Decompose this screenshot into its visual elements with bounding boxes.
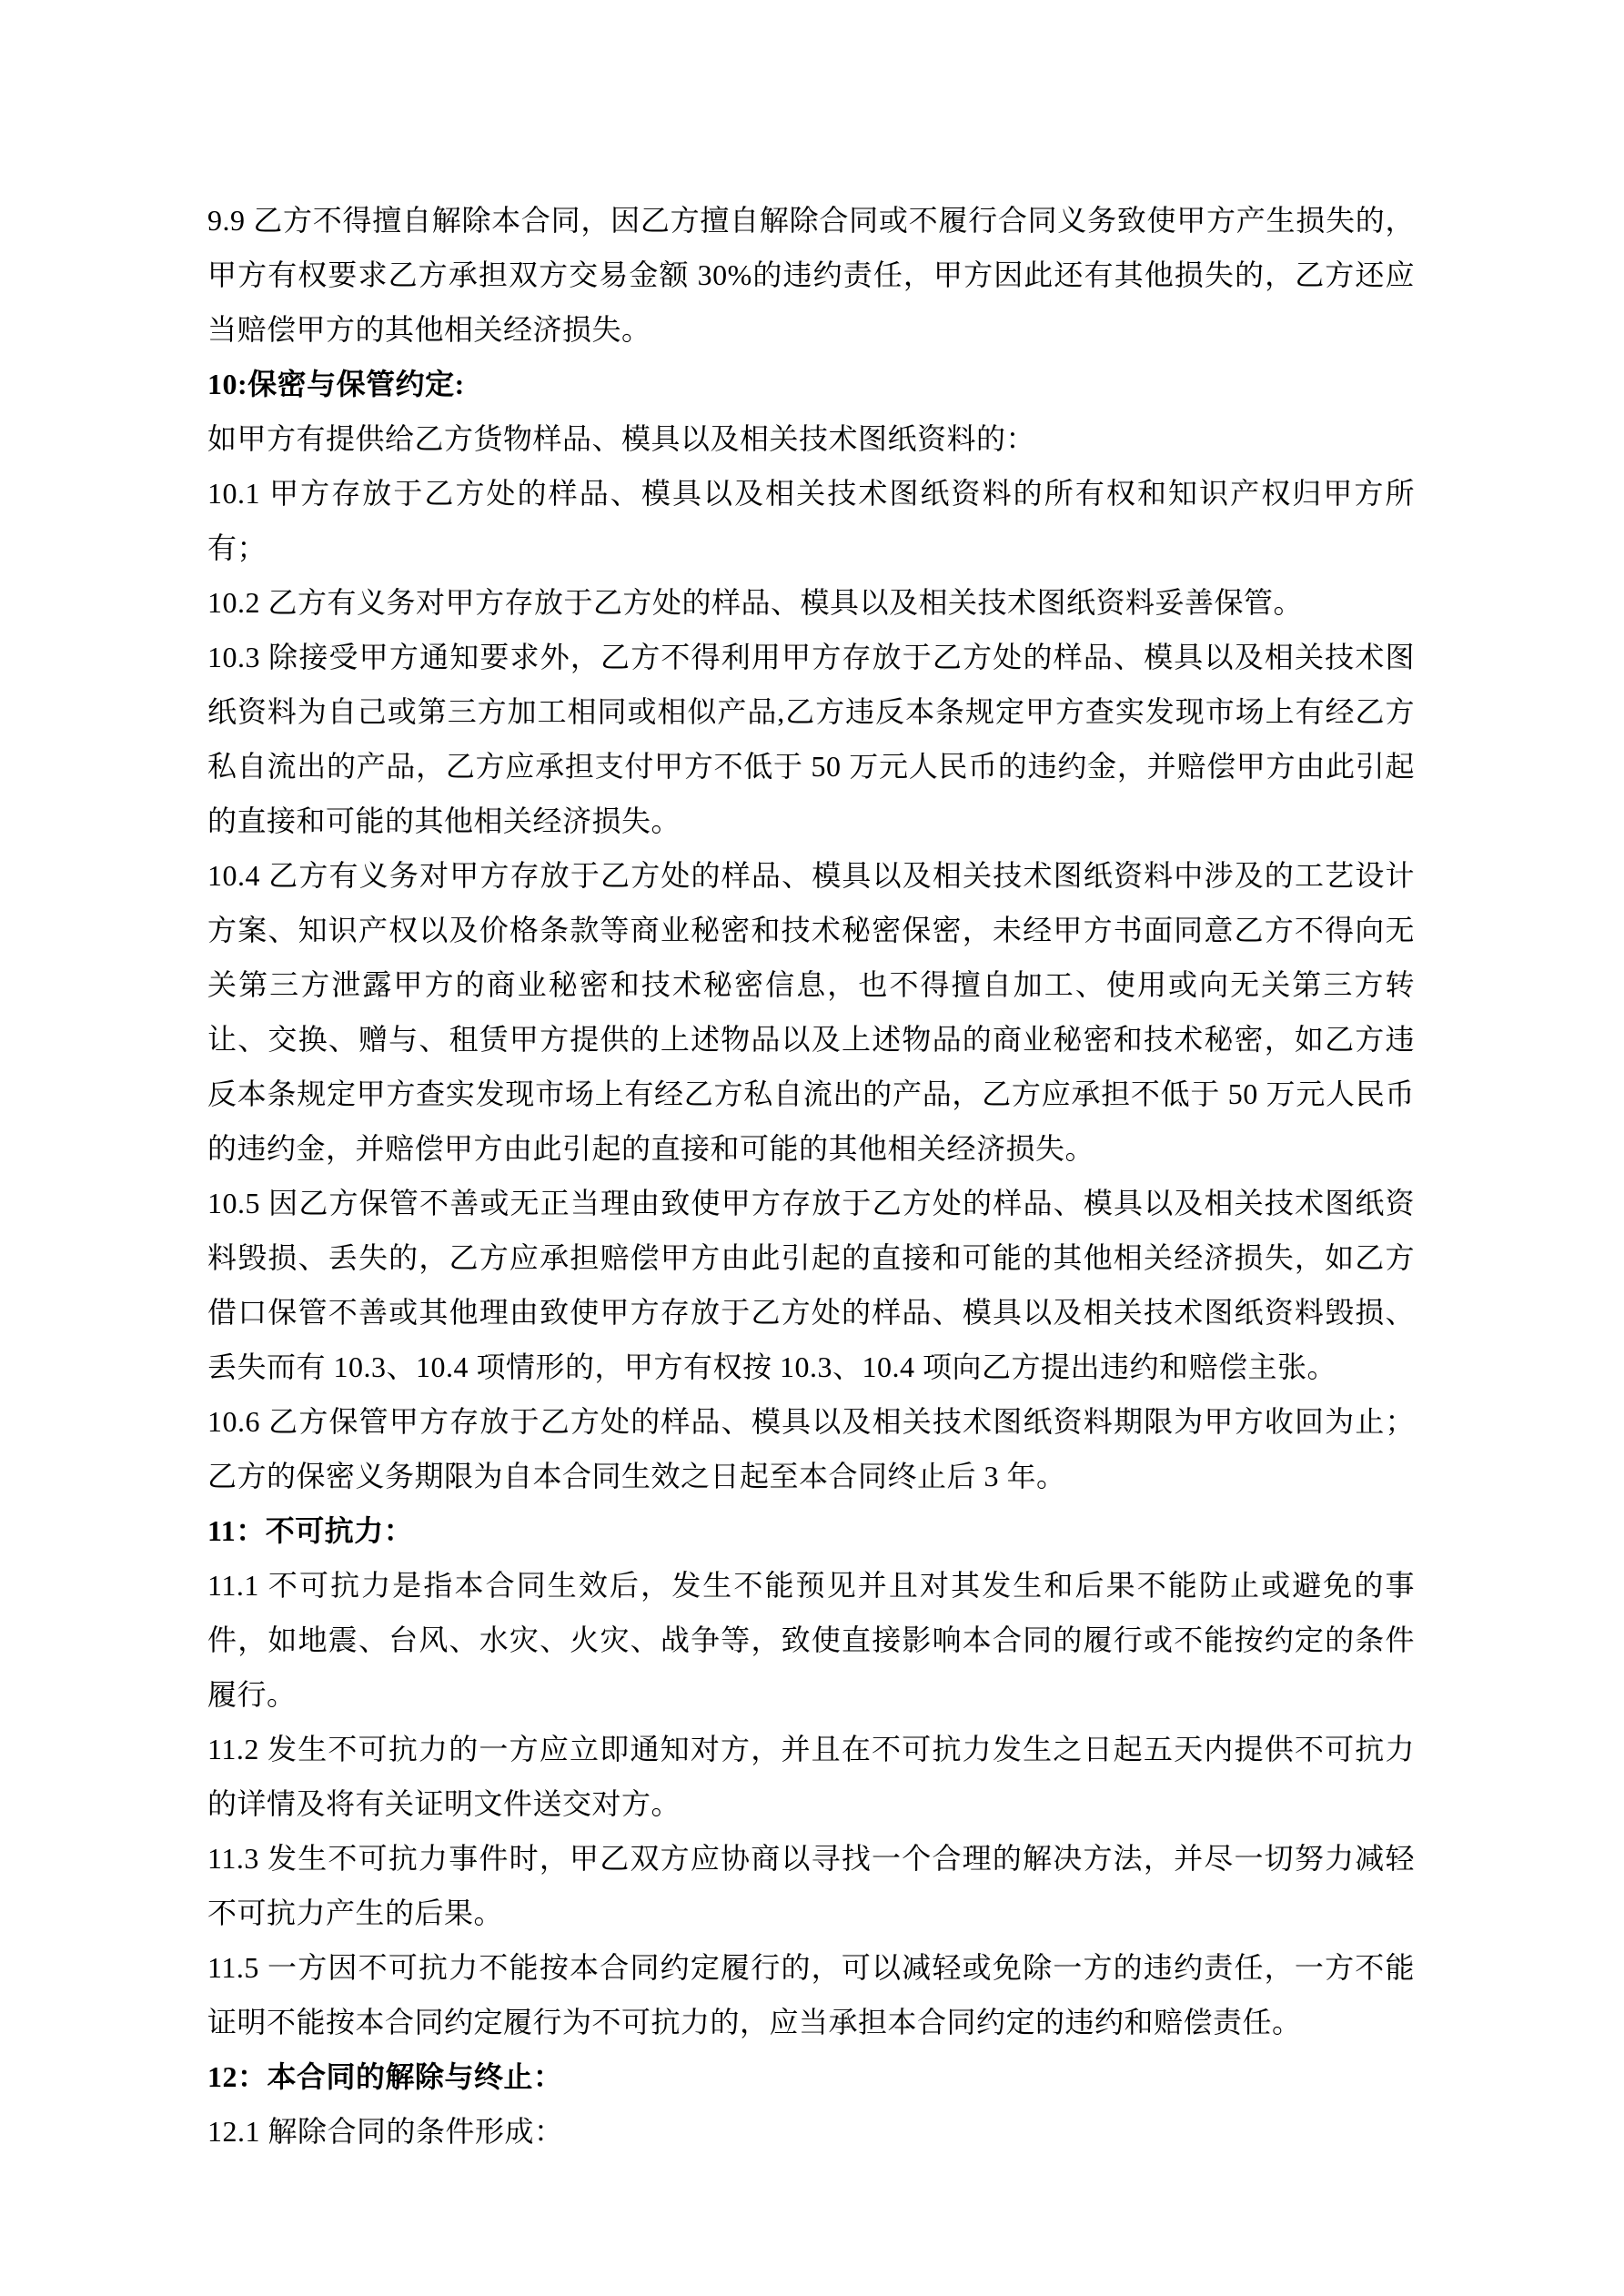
clause-10-intro: 如甲方有提供给乙方货物样品、模具以及相关技术图纸资料的：: [207, 411, 1415, 466]
heading-10-confidentiality: 10:保密与保管约定:: [207, 357, 1415, 411]
clause-10-5: 10.5 因乙方保管不善或无正当理由致使甲方存放于乙方处的样品、模具以及相关技术…: [207, 1176, 1415, 1394]
clause-11-5: 11.5 一方因不可抗力不能按本合同约定履行的，可以减轻或免除一方的违约责任，一…: [207, 1940, 1415, 2049]
contract-text-body: 9.9 乙方不得擅自解除本合同，因乙方擅自解除合同或不履行合同义务致使甲方产生损…: [207, 193, 1415, 2159]
clause-10-3: 10.3 除接受甲方通知要求外，乙方不得利用甲方存放于乙方处的样品、模具以及相关…: [207, 630, 1415, 848]
clause-11-3: 11.3 发生不可抗力事件时，甲乙双方应协商以寻找一个合理的解决方法，并尽一切努…: [207, 1831, 1415, 1940]
heading-12-termination: 12：本合同的解除与终止：: [207, 2049, 1415, 2104]
document-page: 9.9 乙方不得擅自解除本合同，因乙方擅自解除合同或不履行合同义务致使甲方产生损…: [0, 0, 1624, 2296]
heading-11-force-majeure: 11：不可抗力：: [207, 1503, 1415, 1558]
clause-10-4: 10.4 乙方有义务对甲方存放于乙方处的样品、模具以及相关技术图纸资料中涉及的工…: [207, 848, 1415, 1176]
clause-9-9: 9.9 乙方不得擅自解除本合同，因乙方擅自解除合同或不履行合同义务致使甲方产生损…: [207, 193, 1415, 357]
clause-10-2: 10.2 乙方有义务对甲方存放于乙方处的样品、模具以及相关技术图纸资料妥善保管。: [207, 575, 1415, 630]
clause-11-1: 11.1 不可抗力是指本合同生效后，发生不能预见并且对其发生和后果不能防止或避免…: [207, 1558, 1415, 1722]
clause-10-6: 10.6 乙方保管甲方存放于乙方处的样品、模具以及相关技术图纸资料期限为甲方收回…: [207, 1394, 1415, 1503]
clause-10-1: 10.1 甲方存放于乙方处的样品、模具以及相关技术图纸资料的所有权和知识产权归甲…: [207, 466, 1415, 575]
clause-12-1: 12.1 解除合同的条件形成：: [207, 2104, 1415, 2159]
clause-11-2: 11.2 发生不可抗力的一方应立即通知对方，并且在不可抗力发生之日起五天内提供不…: [207, 1722, 1415, 1831]
